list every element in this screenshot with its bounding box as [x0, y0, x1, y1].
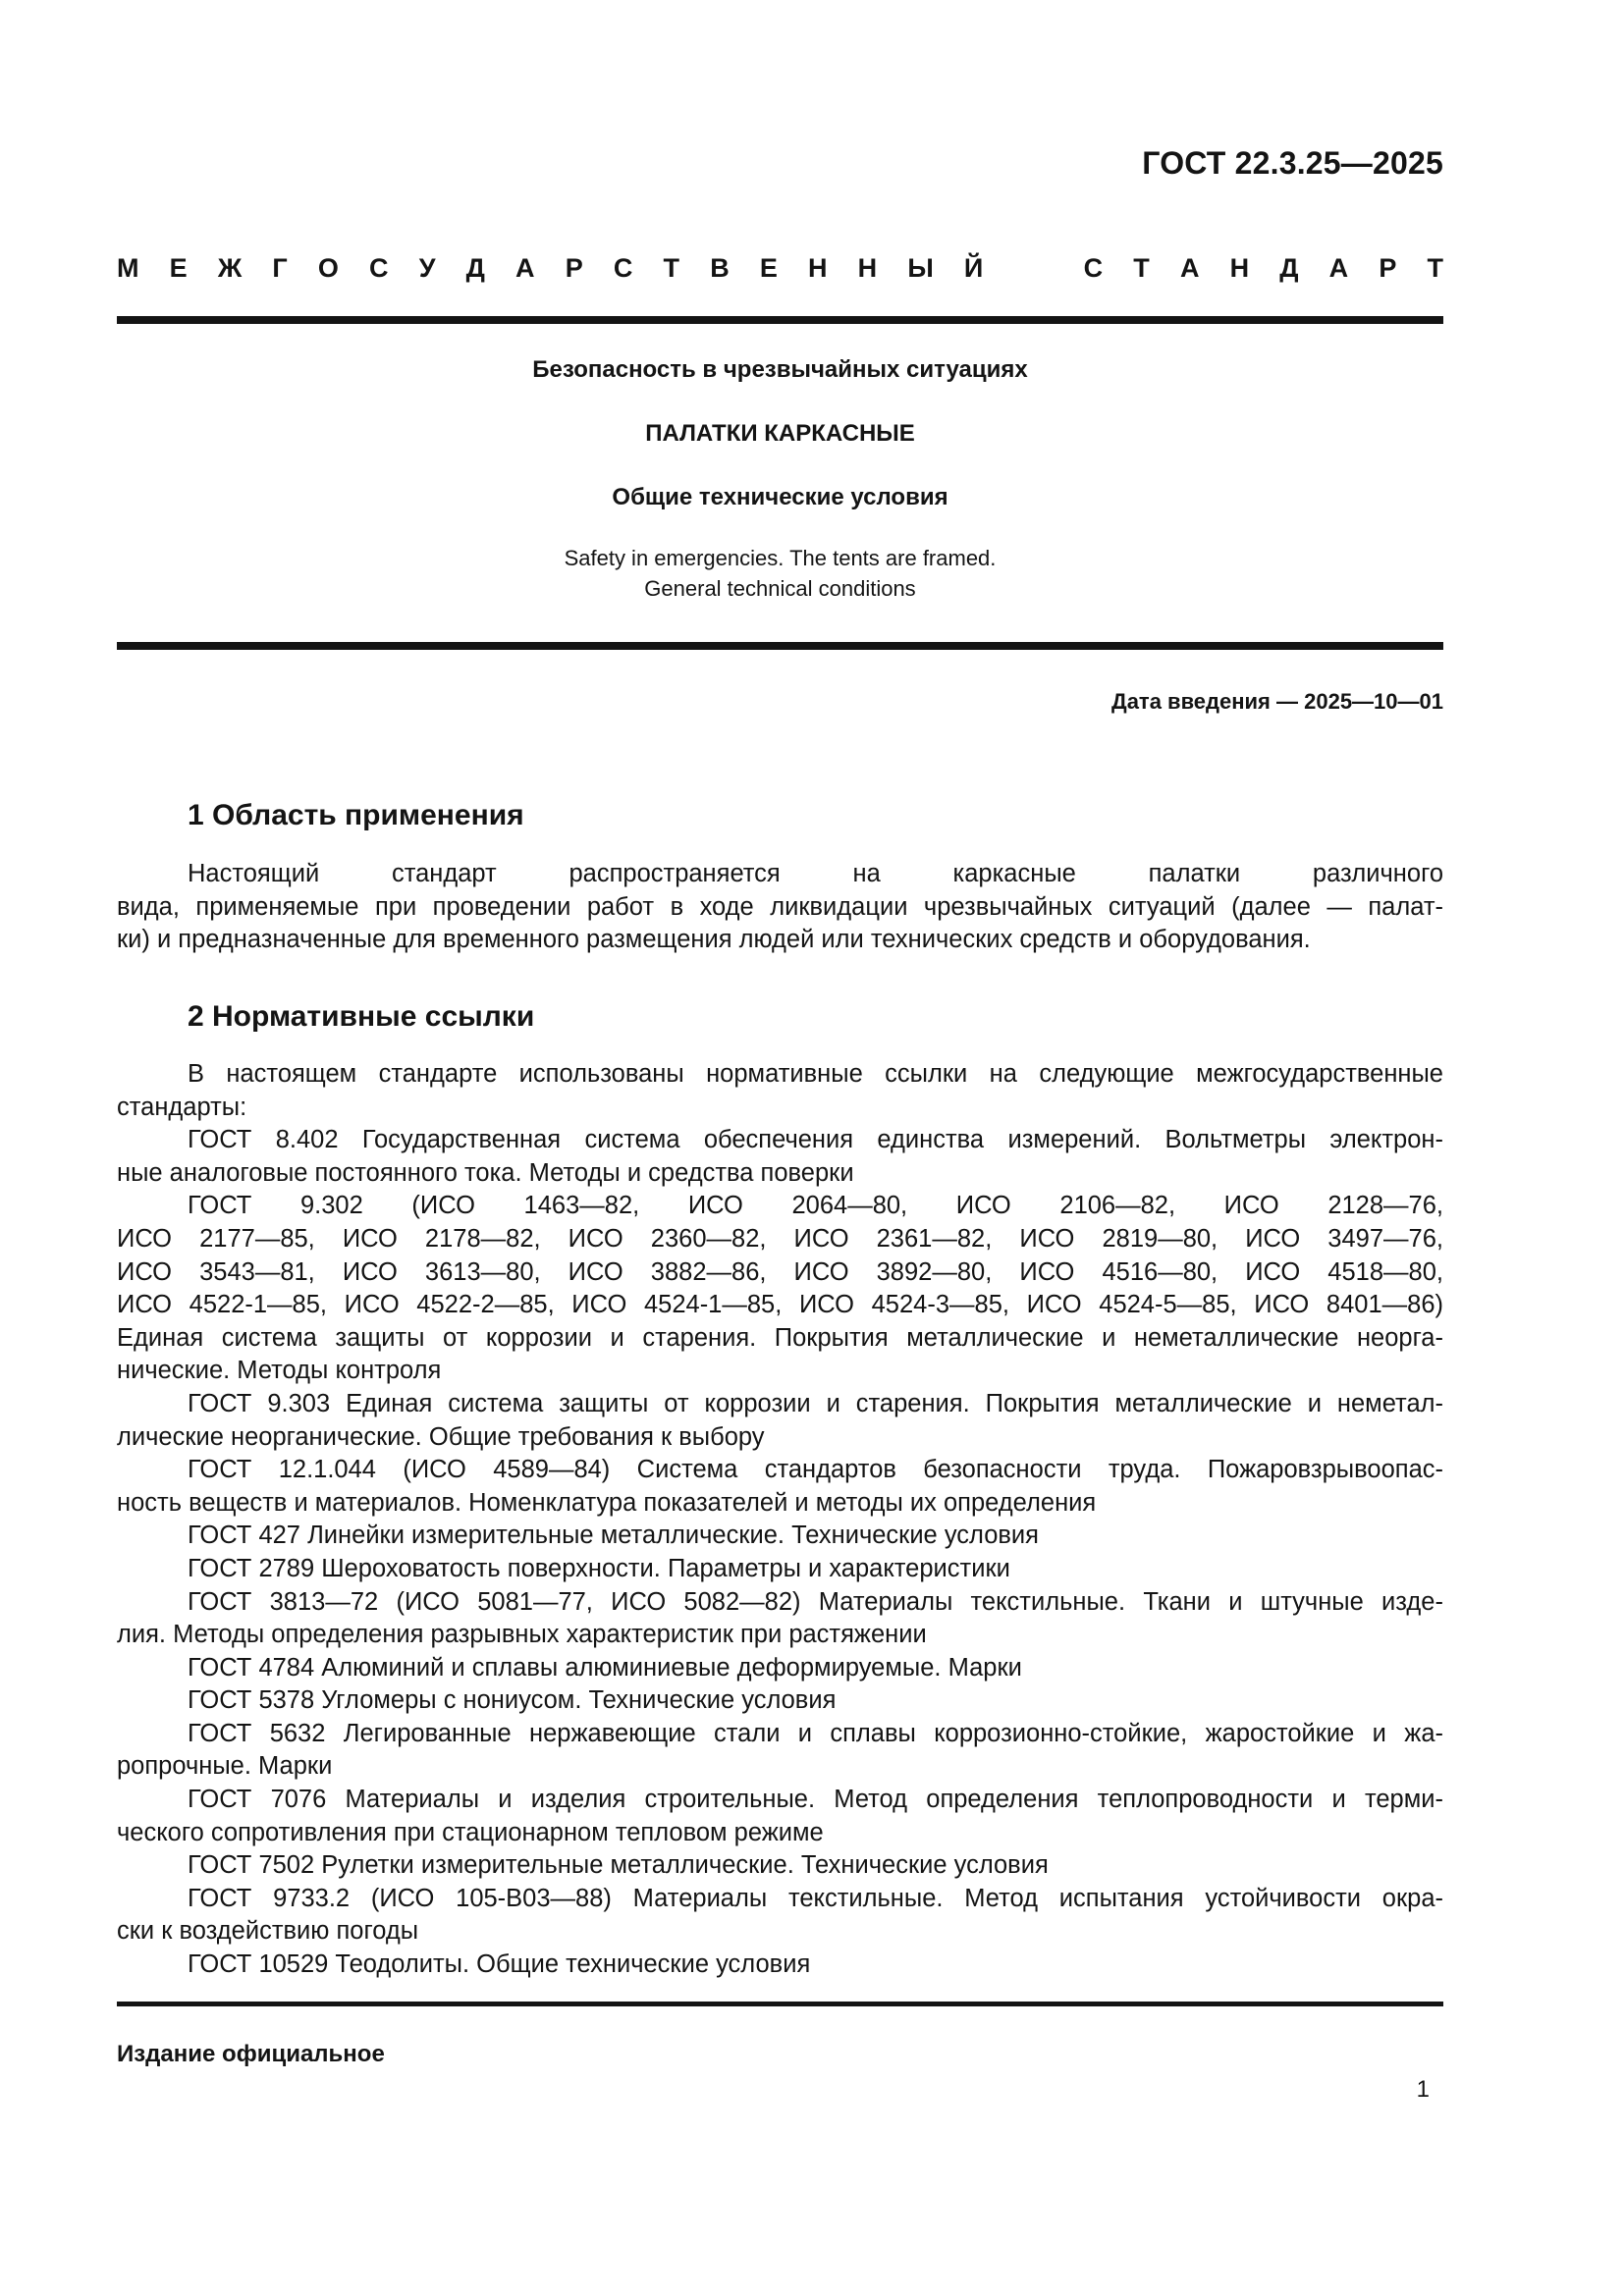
standard-title: ПАЛАТКИ КАРКАСНЫЕ [117, 420, 1443, 448]
title-block-rule [117, 642, 1443, 650]
standard-type-letter: Н [858, 253, 878, 284]
english-title-line-1: Safety in emergencies. The tents are fra… [117, 546, 1443, 571]
standard-type-letter: Т [1428, 253, 1444, 284]
standard-type-letter: Т [664, 253, 680, 284]
standard-type-letter: А [1329, 253, 1349, 284]
text-line: ные аналоговые постоянного тока. Методы … [117, 1157, 1443, 1191]
standard-type-letter: Ж [218, 253, 242, 284]
text-line: ГОСТ 2789 Шероховатость поверхности. Пар… [117, 1553, 1443, 1586]
section-heading-scope: 1 Область применения [188, 799, 524, 832]
top-rule [117, 316, 1443, 324]
text-line: лические неорганические. Общие требовани… [117, 1421, 1443, 1455]
text-line: ГОСТ 5632 Легированные нержавеющие стали… [117, 1718, 1443, 1751]
standard-type-letter: М [117, 253, 139, 284]
document-page: ГОСТ 22.3.25—2025 МЕЖГОСУДАРСТВЕННЫЙСТАН… [0, 0, 1624, 2296]
standard-type-letter: С [1084, 253, 1104, 284]
footer-rule [117, 2002, 1443, 2006]
standard-subtitle: Общие технические условия [117, 484, 1443, 511]
standard-type-letter: Е [170, 253, 188, 284]
english-title-line-2: General technical conditions [117, 576, 1443, 602]
text-line: стандарты: [117, 1092, 1443, 1125]
standard-type-letter: С [614, 253, 633, 284]
standard-type-letter: Д [1279, 253, 1298, 284]
text-line: ИСО 3543—81, ИСО 3613—80, ИСО 3882—86, И… [117, 1256, 1443, 1290]
text-line: Единая система защиты от коррозии и стар… [117, 1322, 1443, 1356]
text-line: нические. Методы контроля [117, 1355, 1443, 1388]
text-line: ИСО 2177—85, ИСО 2178—82, ИСО 2360—82, И… [117, 1223, 1443, 1256]
text-line: ГОСТ 8.402 Государственная система обесп… [117, 1124, 1443, 1157]
text-line: ропрочные. Марки [117, 1750, 1443, 1784]
page-number: 1 [1417, 2076, 1430, 2104]
introduction-date: Дата введения — 2025—10—01 [1111, 689, 1443, 715]
standard-type-heading: МЕЖГОСУДАРСТВЕННЫЙСТАНДАРТ [117, 253, 1443, 284]
text-line: ГОСТ 4784 Алюминий и сплавы алюминиевые … [117, 1652, 1443, 1685]
standard-type-letter: Г [272, 253, 287, 284]
standard-type-letter: А [1180, 253, 1200, 284]
standard-type-letter: А [515, 253, 535, 284]
text-line: ГОСТ 5378 Угломеры с нониусом. Техническ… [117, 1684, 1443, 1718]
standard-type-letter: О [318, 253, 339, 284]
standard-type-letter: Н [1230, 253, 1250, 284]
text-line: ГОСТ 9733.2 (ИСО 105-В03—88) Материалы т… [117, 1883, 1443, 1916]
standard-type-letter: Е [760, 253, 778, 284]
text-line: вида, применяемые при проведении работ в… [117, 891, 1443, 925]
standard-type-letter: Т [1133, 253, 1150, 284]
text-line: ки) и предназначенные для временного раз… [117, 924, 1443, 957]
document-code: ГОСТ 22.3.25—2025 [1142, 145, 1443, 182]
text-line: ность веществ и материалов. Номенклатура… [117, 1487, 1443, 1521]
text-line: лия. Методы определения разрывных характ… [117, 1619, 1443, 1652]
word-gap [1013, 253, 1053, 284]
section-body-scope: Настоящий стандарт распространяется на к… [117, 858, 1443, 957]
standard-type-letter: Ы [907, 253, 933, 284]
text-line: ГОСТ 7076 Материалы и изделия строительн… [117, 1784, 1443, 1817]
standard-type-letter: Р [566, 253, 583, 284]
text-line: ГОСТ 9.302 (ИСО 1463—82, ИСО 2064—80, ИС… [117, 1190, 1443, 1223]
text-line: ИСО 4522-1—85, ИСО 4522-2—85, ИСО 4524-1… [117, 1289, 1443, 1322]
standard-type-letter: С [369, 253, 389, 284]
text-line: ческого сопротивления при стационарном т… [117, 1817, 1443, 1850]
text-line: ГОСТ 3813—72 (ИСО 5081—77, ИСО 5082—82) … [117, 1586, 1443, 1620]
standard-type-letter: В [710, 253, 730, 284]
text-line: ГОСТ 12.1.044 (ИСО 4589—84) Система стан… [117, 1454, 1443, 1487]
text-line: ГОСТ 7502 Рулетки измерительные металлич… [117, 1849, 1443, 1883]
text-line: ГОСТ 427 Линейки измерительные металличе… [117, 1520, 1443, 1553]
text-line: Настоящий стандарт распространяется на к… [117, 858, 1443, 891]
section-heading-normative-references: 2 Нормативные ссылки [188, 1000, 534, 1034]
standard-type-letter: Р [1379, 253, 1396, 284]
section-body-normative-references: В настоящем стандарте использованы норма… [117, 1058, 1443, 1982]
standard-type-letter: У [419, 253, 436, 284]
standard-type-letter: Н [808, 253, 828, 284]
standard-area: Безопасность в чрезвычайных ситуациях [117, 356, 1443, 384]
standard-type-letter: Д [466, 253, 485, 284]
text-line: В настоящем стандарте использованы норма… [117, 1058, 1443, 1092]
text-line: ГОСТ 9.303 Единая система защиты от корр… [117, 1388, 1443, 1421]
official-edition-label: Издание официальное [117, 2041, 385, 2068]
standard-type-letter: Й [964, 253, 983, 284]
text-line: ски к воздействию погоды [117, 1915, 1443, 1949]
text-line: ГОСТ 10529 Теодолиты. Общие технические … [117, 1949, 1443, 1982]
